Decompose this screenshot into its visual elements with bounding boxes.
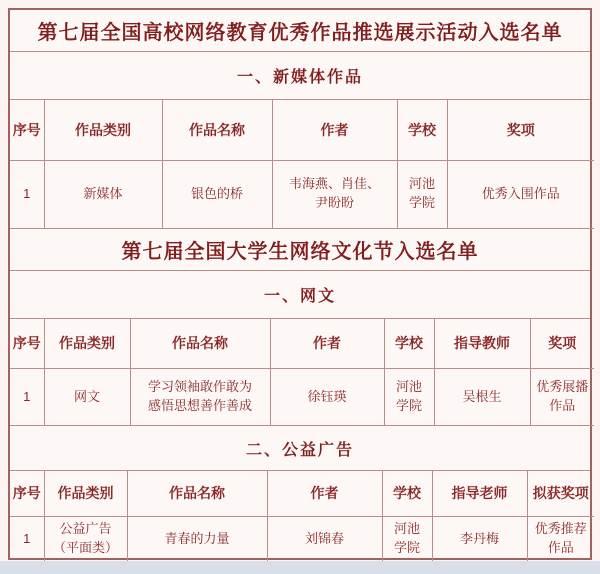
web-literature-table: 序号 作品类别 作品名称 作者 学校 指导教师 奖项 1 网文 学习领袖敢作敢为… — [10, 319, 594, 427]
col-header-school: 学校 — [384, 319, 434, 369]
col-header-seq: 序号 — [10, 319, 44, 369]
cell-advisor: 吴根生 — [434, 369, 530, 426]
cell-school: 河池 学院 — [384, 369, 434, 426]
contest1-category-heading: 一、新媒体作品 — [10, 52, 590, 100]
col-header-category: 作品类别 — [44, 471, 127, 516]
col-header-author: 作者 — [272, 100, 397, 160]
cell-title: 青春的力量 — [127, 516, 267, 562]
cell-award: 优秀展播 作品 — [530, 369, 594, 426]
cell-category: 公益广告 （平面类） — [44, 516, 127, 562]
col-header-school: 学校 — [382, 471, 432, 516]
col-header-title: 作品名称 — [130, 319, 270, 369]
col-header-award: 奖项 — [530, 319, 594, 369]
cell-category: 网文 — [44, 369, 130, 426]
col-header-award: 拟获奖项 — [527, 471, 594, 516]
col-header-category: 作品类别 — [44, 100, 162, 160]
document-page: { "contest1": { "title": "第七届全国高校网络教育优秀作… — [0, 0, 600, 574]
contest2-category1-heading: 一、网文 — [10, 271, 590, 319]
cell-school: 河池 学院 — [382, 516, 432, 562]
cell-seq: 1 — [10, 516, 44, 562]
psa-table: 序号 作品类别 作品名称 作者 学校 指导老师 拟获奖项 1 公益广告 （平面类… — [10, 471, 594, 563]
cell-advisor: 李丹梅 — [432, 516, 527, 562]
col-header-category: 作品类别 — [44, 319, 130, 369]
new-media-table: 序号 作品类别 作品名称 作者 学校 奖项 1 新媒体 银色的桥 韦海燕、肖佳、… — [10, 100, 594, 229]
cell-school: 河池 学院 — [397, 160, 447, 228]
col-header-title: 作品名称 — [162, 100, 272, 160]
cell-title: 银色的桥 — [162, 160, 272, 228]
col-header-author: 作者 — [267, 471, 382, 516]
table-row: 1 新媒体 银色的桥 韦海燕、肖佳、 尹盼盼 河池 学院 优秀入围作品 — [10, 160, 594, 228]
col-header-advisor: 指导教师 — [434, 319, 530, 369]
col-header-title: 作品名称 — [127, 471, 267, 516]
table-header-row: 序号 作品类别 作品名称 作者 学校 指导教师 奖项 — [10, 319, 594, 369]
contest2-title: 第七届全国大学生网络文化节入选名单 — [10, 229, 590, 271]
footer-strip — [0, 561, 600, 574]
col-header-seq: 序号 — [10, 100, 44, 160]
cell-author: 徐钰瑛 — [270, 369, 384, 426]
cell-category: 新媒体 — [44, 160, 162, 228]
table-row: 1 网文 学习领袖敢作敢为 感悟思想善作善成 徐钰瑛 河池 学院 吴根生 优秀展… — [10, 369, 594, 426]
col-header-seq: 序号 — [10, 471, 44, 516]
col-header-advisor: 指导老师 — [432, 471, 527, 516]
table-row: 1 公益广告 （平面类） 青春的力量 刘锦春 河池 学院 李丹梅 优秀推荐 作品 — [10, 516, 594, 562]
col-header-author: 作者 — [270, 319, 384, 369]
cell-author: 刘锦春 — [267, 516, 382, 562]
cell-seq: 1 — [10, 160, 44, 228]
awards-document: 第七届全国高校网络教育优秀作品推选展示活动入选名单 一、新媒体作品 序号 作品类… — [8, 8, 592, 560]
cell-award: 优秀入围作品 — [447, 160, 594, 228]
cell-title: 学习领袖敢作敢为 感悟思想善作善成 — [130, 369, 270, 426]
cell-seq: 1 — [10, 369, 44, 426]
col-header-school: 学校 — [397, 100, 447, 160]
table-header-row: 序号 作品类别 作品名称 作者 学校 指导老师 拟获奖项 — [10, 471, 594, 516]
table-header-row: 序号 作品类别 作品名称 作者 学校 奖项 — [10, 100, 594, 160]
col-header-award: 奖项 — [447, 100, 594, 160]
contest2-category2-heading: 二、公益广告 — [10, 426, 590, 471]
cell-author: 韦海燕、肖佳、 尹盼盼 — [272, 160, 397, 228]
cell-award: 优秀推荐 作品 — [527, 516, 594, 562]
contest1-title: 第七届全国高校网络教育优秀作品推选展示活动入选名单 — [10, 10, 590, 52]
